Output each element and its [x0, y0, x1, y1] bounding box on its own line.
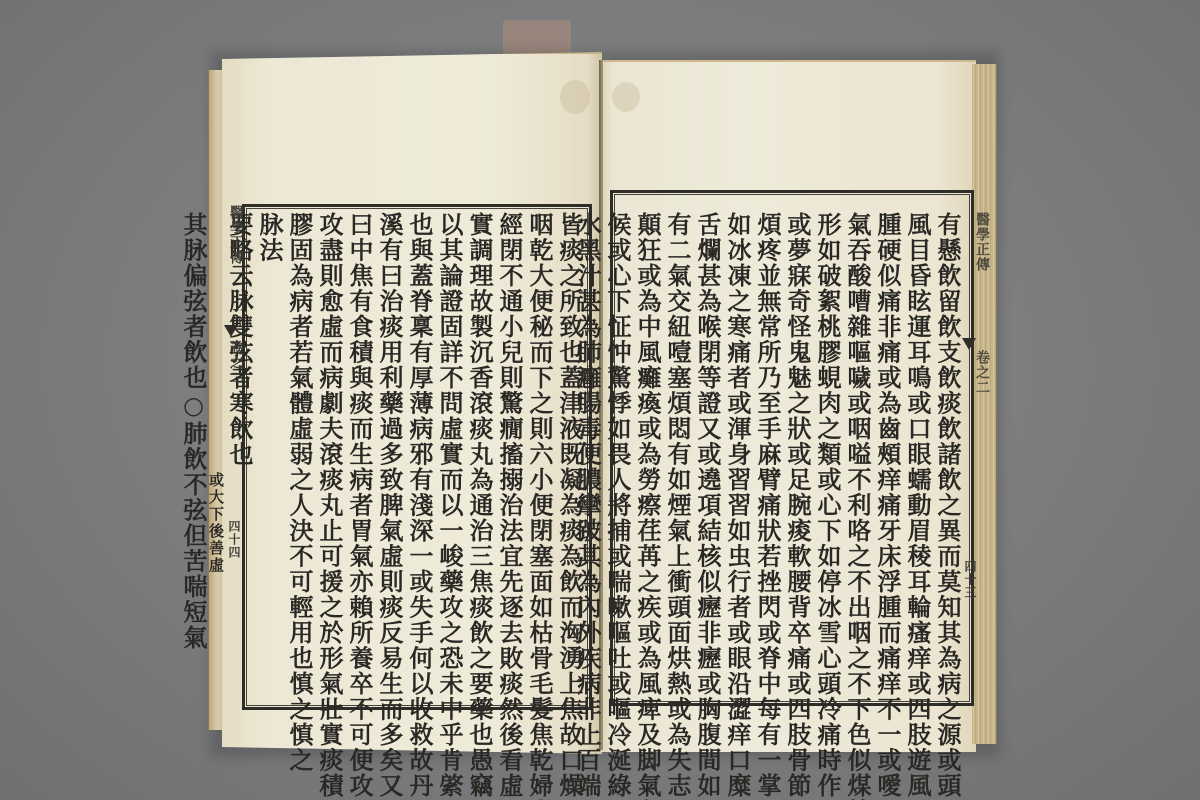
left-margin-book-title: 醫學正傳 — [226, 205, 246, 265]
text-column: 要略云脉雙弦者寒飲也 — [224, 212, 254, 692]
text-column: 或夢寐奇怪鬼魅之狀或足腕痠軟腰背卒痛或四肢骨節 — [782, 212, 812, 692]
left-margin-volume: 卷之二 — [226, 340, 246, 385]
text-column: 也與蓋脊稟有厚薄病邪有淺深一或失手何以收救故丹 — [404, 212, 434, 692]
section-heading: 脉法 — [254, 212, 284, 692]
right-page-text: 有懸飲留飲支飲痰飲諸飲之異而莫知其為病之源或頭 風目昏眩運耳鳴或口眼蠕動眉稜耳輪… — [612, 212, 962, 692]
right-margin-book-title: 醫學正傳 — [972, 212, 992, 272]
text-column: 腫硬似痛非痛或為齒頰痒痛牙床浮腫而痛痒不一或噯 — [872, 212, 902, 692]
text-column: 其脉偏弦者飲也○肺飲不弦但苦喘短氣 — [178, 212, 208, 692]
stain — [612, 82, 640, 112]
text-column: 咽乾大便秘而下之則六小便閉塞面如枯骨毛髮焦乾婦人則 — [524, 212, 554, 692]
fishtail-mark — [962, 338, 976, 350]
interlinear-note: 或大下後善虛 — [208, 212, 224, 692]
right-margin-volume: 卷之二 — [972, 350, 992, 395]
text-column: 曰中焦有食積與痰而生病者胃氣亦賴所養卒不可便攻 — [344, 212, 374, 692]
left-margin-page-number: 四十四 — [226, 520, 243, 559]
text-column: 實調理故製沉香滾痰丸為通治三焦痰飲之要藥也愚竊 — [464, 212, 494, 692]
text-column: 風目昏眩運耳鳴或口眼蠕動眉稜耳輪瘙痒或四肢遊風 — [902, 212, 932, 692]
text-column: 皆痰之所致也蓋津液既凝為痰為飲而洶湧上焦故口燥 — [554, 212, 584, 692]
text-column: 以其論證固詳不問虛實而以一峻藥攻之恐未中乎肯綮 — [434, 212, 464, 692]
stain — [560, 80, 590, 114]
text-column: 攻盡則愈虛而病劇夫滾痰丸止可援之於形氣壯實痰積 — [314, 212, 344, 692]
text-column: 如冰凍之寒痛者或渾身習習如虫行者或眼沿澀痒口糜 — [722, 212, 752, 692]
text-column: 有懸飲留飲支飲痰飲諸飲之異而莫知其為病之源或頭 — [932, 212, 962, 692]
text-column: 煩疼並無常所乃至手麻臂痛狀若挫閃或脊中每有一掌 — [752, 212, 782, 692]
annotated-column: 要略云脉雙弦者寒飲也 或大下後善虛 — [208, 212, 254, 692]
right-margin-page-number: 四十三 — [962, 560, 979, 599]
text-column: 顛狂或為中風癱瘓或為勞瘵荏苒之疾或為風痺及脚氣之 — [632, 212, 662, 692]
text-column: 形如破絮桃膠蜆肉之類或心下如停冰雪心頭冷痛時作 — [812, 212, 842, 692]
text-column: 溪有曰治痰用利藥過多致脾氣虛則痰反易生而多矣又 — [374, 212, 404, 692]
text-column: 氣吞酸嘈雜嘔噦或咽嗌不利咯之不出咽之不下色似煤炲 — [842, 212, 872, 692]
right-page-edges — [972, 64, 997, 744]
text-column: 有二氣交紐噎塞煩悶有如煙氣上衝頭面烘熱或為失志 — [662, 212, 692, 692]
text-column: 舌爛甚為喉閉等證又或遶項結核似癧非癧或胸腹間如 — [692, 212, 722, 692]
text-column: 候或心下怔忡驚悸如畏人將捕或喘嗽嘔吐或嘔冷涎綠 — [602, 212, 632, 692]
text-column: 膠固為病者若氣體虛弱之人決不可輕用也慎之慎之 — [284, 212, 314, 692]
left-page-text: 皆痰之所致也蓋津液既凝為痰為飲而洶湧上焦故口燥 咽乾大便秘而下之則六小便閉塞面如… — [262, 212, 584, 692]
fishtail-mark — [224, 325, 238, 337]
text-column: 經閉不通小兒則驚癇搐搦治法宜先逐去敗痰然後看虛 — [494, 212, 524, 692]
